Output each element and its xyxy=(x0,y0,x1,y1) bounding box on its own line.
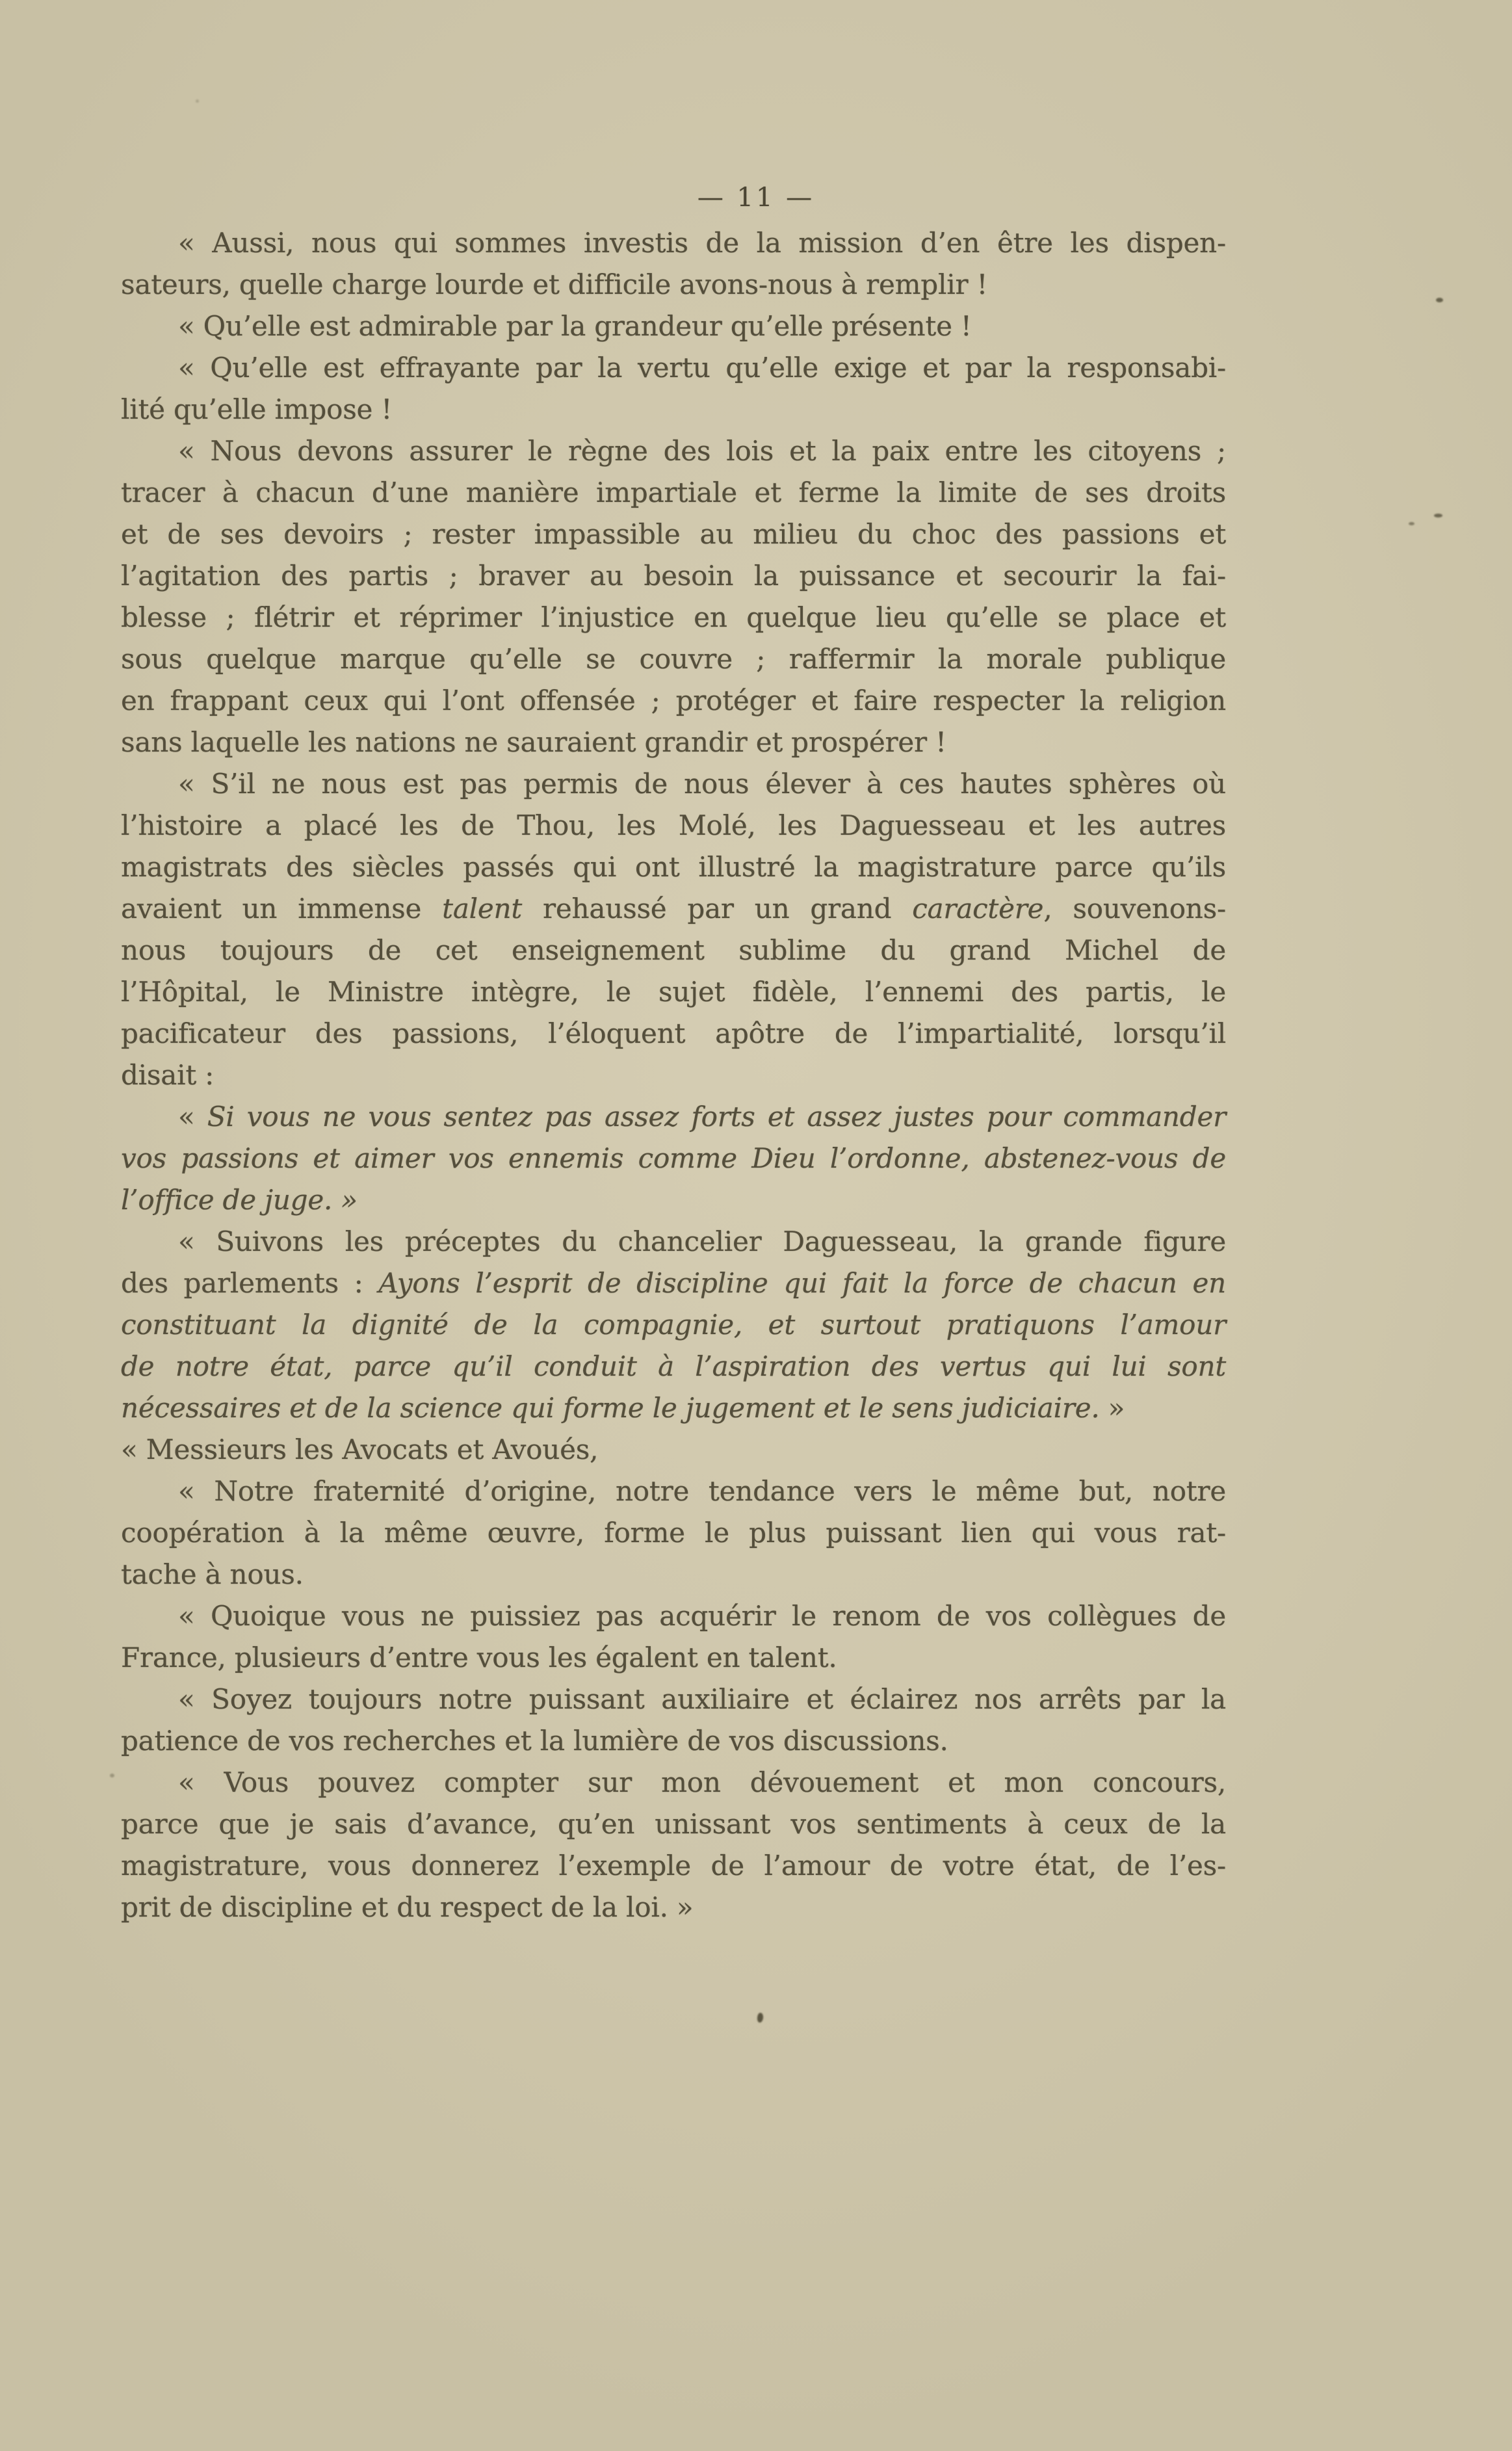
text-segment: sateurs, quelle charge lourde et diffici… xyxy=(121,269,987,300)
text-line: vos passions et aimer vos ennemis comme … xyxy=(121,1138,1226,1179)
text-segment: « Suivons les préceptes du chancelier Da… xyxy=(178,1225,1226,1257)
text-segment: l’histoire a placé les de Thou, les Molé… xyxy=(121,809,1226,841)
text-segment: parce que je sais d’avance, qu’en unissa… xyxy=(121,1808,1226,1840)
paragraph-quote: « Si vous ne vous sentez pas assez forts… xyxy=(121,1096,1226,1221)
text-segment: disait : xyxy=(121,1059,214,1091)
text-line: patience de vos recherches et la lumière… xyxy=(121,1720,1226,1762)
text-segment: sans laquelle les nations ne sauraient g… xyxy=(121,726,946,758)
text-segment: « Notre fraternité d’origine, notre tend… xyxy=(178,1475,1226,1507)
text-line: l’office de juge. » xyxy=(121,1179,1226,1221)
ink-blot xyxy=(757,2012,764,2023)
text-segment: avaient un immense xyxy=(121,893,442,924)
text-segment: « xyxy=(178,1101,207,1133)
text-line: nécessaires et de la science qui forme l… xyxy=(121,1387,1226,1429)
paragraph: « Nous devons assurer le règne des lois … xyxy=(121,430,1226,763)
page-number: — 11 — xyxy=(0,182,1512,213)
ink-speck xyxy=(1409,522,1414,525)
text-segment: et de ses devoirs ; rester impassible au… xyxy=(121,518,1226,550)
text-line: parce que je sais d’avance, qu’en unissa… xyxy=(121,1803,1226,1845)
text-line: tache à nous. xyxy=(121,1554,1226,1595)
text-line: l’agitation des partis ; braver au besoi… xyxy=(121,555,1226,597)
text-line: sans laquelle les nations ne sauraient g… xyxy=(121,722,1226,763)
text-line: magistrature, vous donnerez l’exemple de… xyxy=(121,1845,1226,1887)
text-line: magistrats des siècles passés qui ont il… xyxy=(121,846,1226,888)
text-segment: « Nous devons assurer le règne des lois … xyxy=(178,435,1226,467)
text-line: l’Hôpital, le Ministre intègre, le sujet… xyxy=(121,971,1226,1013)
text-segment: l’agitation des partis ; braver au besoi… xyxy=(121,560,1226,592)
ink-speck xyxy=(110,1774,114,1777)
text-line: tracer à chacun d’une manière impartiale… xyxy=(121,472,1226,514)
text-line: France, plusieurs d’entre vous les égale… xyxy=(121,1637,1226,1679)
text-line: « Messieurs les Avocats et Avoués, xyxy=(121,1429,1226,1471)
text-segment: sous quelque marque qu’elle se couvre ; … xyxy=(121,643,1226,675)
text-line: l’histoire a placé les de Thou, les Molé… xyxy=(121,805,1226,846)
paragraph: « Soyez toujours notre puissant auxiliai… xyxy=(121,1679,1226,1762)
text-segment: des parlements : xyxy=(121,1267,378,1299)
text-segment: magistrats des siècles passés qui ont il… xyxy=(121,851,1226,883)
text-segment: , souvenons- xyxy=(1043,893,1226,924)
paragraph: « Aussi, nous qui sommes investis de la … xyxy=(121,222,1226,306)
text-segment: pacificateur des passions, l’éloquent ap… xyxy=(121,1017,1226,1049)
text-line: « Quoique vous ne puissiez pas acquérir … xyxy=(121,1595,1226,1637)
text-line: « Vous pouvez compter sur mon dévouement… xyxy=(121,1762,1226,1803)
text-segment: lité qu’elle impose ! xyxy=(121,393,392,425)
text-segment-italic: Si vous ne vous sentez pas assez forts e… xyxy=(207,1101,1226,1133)
text-segment: nous toujours de cet enseignement sublim… xyxy=(121,934,1226,966)
text-line: de notre état, parce qu’il conduit à l’a… xyxy=(121,1346,1226,1387)
text-line: prit de discipline et du respect de la l… xyxy=(121,1887,1226,1928)
text-line: « Notre fraternité d’origine, notre tend… xyxy=(121,1471,1226,1512)
text-line: disait : xyxy=(121,1055,1226,1096)
text-line: coopération à la même œuvre, forme le pl… xyxy=(121,1512,1226,1554)
text-line: « Aussi, nous qui sommes investis de la … xyxy=(121,222,1226,264)
paragraph: « Quoique vous ne puissiez pas acquérir … xyxy=(121,1595,1226,1679)
text-line: nous toujours de cet enseignement sublim… xyxy=(121,930,1226,971)
text-segment-italic: talent xyxy=(442,893,522,924)
paragraph: « S’il ne nous est pas permis de nous él… xyxy=(121,763,1226,1096)
text-segment: « Qu’elle est effrayante par la vertu qu… xyxy=(178,352,1226,384)
text-segment: » xyxy=(1100,1392,1125,1424)
text-segment-italic: constituant la dignité de la compagnie, … xyxy=(121,1309,1226,1341)
text-segment: « S’il ne nous est pas permis de nous él… xyxy=(178,768,1226,800)
text-line: sateurs, quelle charge lourde et diffici… xyxy=(121,264,1226,306)
text-line: lité qu’elle impose ! xyxy=(121,389,1226,430)
text-segment: patience de vos recherches et la lumière… xyxy=(121,1725,948,1757)
text-segment: « Messieurs les Avocats et Avoués, xyxy=(121,1434,598,1465)
text-segment: tracer à chacun d’une manière impartiale… xyxy=(121,477,1226,508)
paragraph: « Notre fraternité d’origine, notre tend… xyxy=(121,1471,1226,1595)
text-segment: magistrature, vous donnerez l’exemple de… xyxy=(121,1850,1226,1881)
text-segment-italic: Ayons l’esprit de discipline qui fait la… xyxy=(378,1267,1226,1299)
text-segment-italic: nécessaires et de la science qui forme l… xyxy=(121,1392,1100,1424)
text-segment: « Qu’elle est admirable par la grandeur … xyxy=(178,310,972,342)
text-segment: « Soyez toujours notre puissant auxiliai… xyxy=(178,1683,1226,1715)
text-line: pacificateur des passions, l’éloquent ap… xyxy=(121,1013,1226,1055)
text-segment: en frappant ceux qui l’ont offensée ; pr… xyxy=(121,685,1226,716)
text-line: des parlements : Ayons l’esprit de disci… xyxy=(121,1263,1226,1304)
paragraph: « Vous pouvez compter sur mon dévouement… xyxy=(121,1762,1226,1928)
text-segment-italic: caractère xyxy=(912,893,1043,924)
text-line: blesse ; flétrir et réprimer l’injustice… xyxy=(121,597,1226,638)
text-segment-italic: de notre état, parce qu’il conduit à l’a… xyxy=(121,1350,1226,1382)
text-line: « Suivons les préceptes du chancelier Da… xyxy=(121,1221,1226,1263)
text-segment: « Vous pouvez compter sur mon dévouement… xyxy=(178,1766,1226,1798)
text-segment: coopération à la même œuvre, forme le pl… xyxy=(121,1517,1226,1549)
text-line: sous quelque marque qu’elle se couvre ; … xyxy=(121,638,1226,680)
text-line: et de ses devoirs ; rester impassible au… xyxy=(121,514,1226,555)
scanned-page: — 11 — « Aussi, nous qui sommes investis… xyxy=(0,0,1512,2451)
text-line: en frappant ceux qui l’ont offensée ; pr… xyxy=(121,680,1226,722)
ink-speck xyxy=(1434,514,1442,518)
text-segment: l’Hôpital, le Ministre intègre, le sujet… xyxy=(121,976,1226,1008)
text-line: « Qu’elle est effrayante par la vertu qu… xyxy=(121,347,1226,389)
text-block: « Aussi, nous qui sommes investis de la … xyxy=(121,222,1226,1928)
text-segment: « Aussi, nous qui sommes investis de la … xyxy=(178,227,1226,259)
text-segment: « Quoique vous ne puissiez pas acquérir … xyxy=(178,1600,1226,1632)
text-line: constituant la dignité de la compagnie, … xyxy=(121,1304,1226,1346)
text-line: « Soyez toujours notre puissant auxiliai… xyxy=(121,1679,1226,1720)
text-line: « Si vous ne vous sentez pas assez forts… xyxy=(121,1096,1226,1138)
text-segment-italic: l’office de juge. » xyxy=(121,1184,358,1216)
text-line: « Nous devons assurer le règne des lois … xyxy=(121,430,1226,472)
text-segment: blesse ; flétrir et réprimer l’injustice… xyxy=(121,601,1226,633)
paragraph: « Suivons les préceptes du chancelier Da… xyxy=(121,1221,1226,1429)
text-segment: tache à nous. xyxy=(121,1558,304,1590)
text-segment: prit de discipline et du respect de la l… xyxy=(121,1891,693,1923)
text-segment-italic: vos passions et aimer vos ennemis comme … xyxy=(121,1142,1226,1174)
text-line: avaient un immense talent rehaussé par u… xyxy=(121,888,1226,930)
ink-speck xyxy=(196,99,199,103)
text-segment: France, plusieurs d’entre vous les égale… xyxy=(121,1642,837,1673)
text-line: « S’il ne nous est pas permis de nous él… xyxy=(121,763,1226,805)
text-line: « Qu’elle est admirable par la grandeur … xyxy=(121,306,1226,347)
text-segment: rehaussé par un grand xyxy=(522,893,912,924)
paragraph-salutation: « Messieurs les Avocats et Avoués, xyxy=(121,1429,1226,1471)
ink-speck xyxy=(1436,298,1443,302)
paragraph: « Qu’elle est admirable par la grandeur … xyxy=(121,306,1226,347)
paragraph: « Qu’elle est effrayante par la vertu qu… xyxy=(121,347,1226,430)
